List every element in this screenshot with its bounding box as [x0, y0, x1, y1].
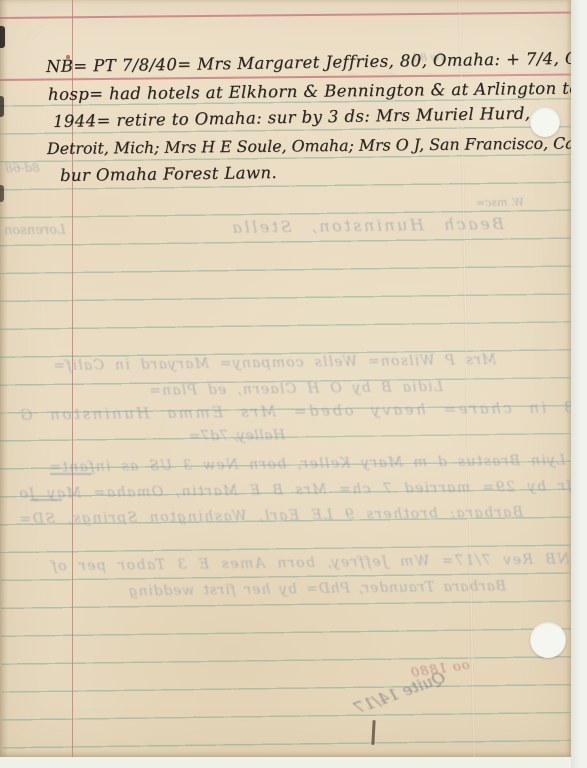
hole-punch-bottom	[530, 622, 566, 658]
scan-edge-artifact	[0, 185, 4, 202]
bleedthrough-fragment: W. msc=	[476, 197, 524, 209]
bleedthrough-underline	[50, 473, 92, 475]
bleedthrough-line: Beach Huninston, Stella	[230, 216, 504, 236]
handwriting-line-5: bur Omaha Forest Lawn.	[60, 165, 277, 185]
bleedthrough-fragment: 8d-68	[5, 162, 40, 174]
scan-edge-artifact	[0, 26, 5, 48]
bleedthrough-fragment: Lorenson	[4, 224, 66, 238]
bleedthrough-line: Halley, 7d7=	[188, 428, 285, 443]
scanner-background-right	[571, 0, 587, 768]
bleedthrough-line: Lidia B by O H Claern, ed Plan=	[148, 380, 443, 398]
hole-punch-top	[530, 107, 560, 137]
bleedthrough-underline	[30, 499, 62, 501]
scanner-background-bottom	[0, 757, 571, 768]
scan-edge-artifact	[0, 96, 4, 117]
